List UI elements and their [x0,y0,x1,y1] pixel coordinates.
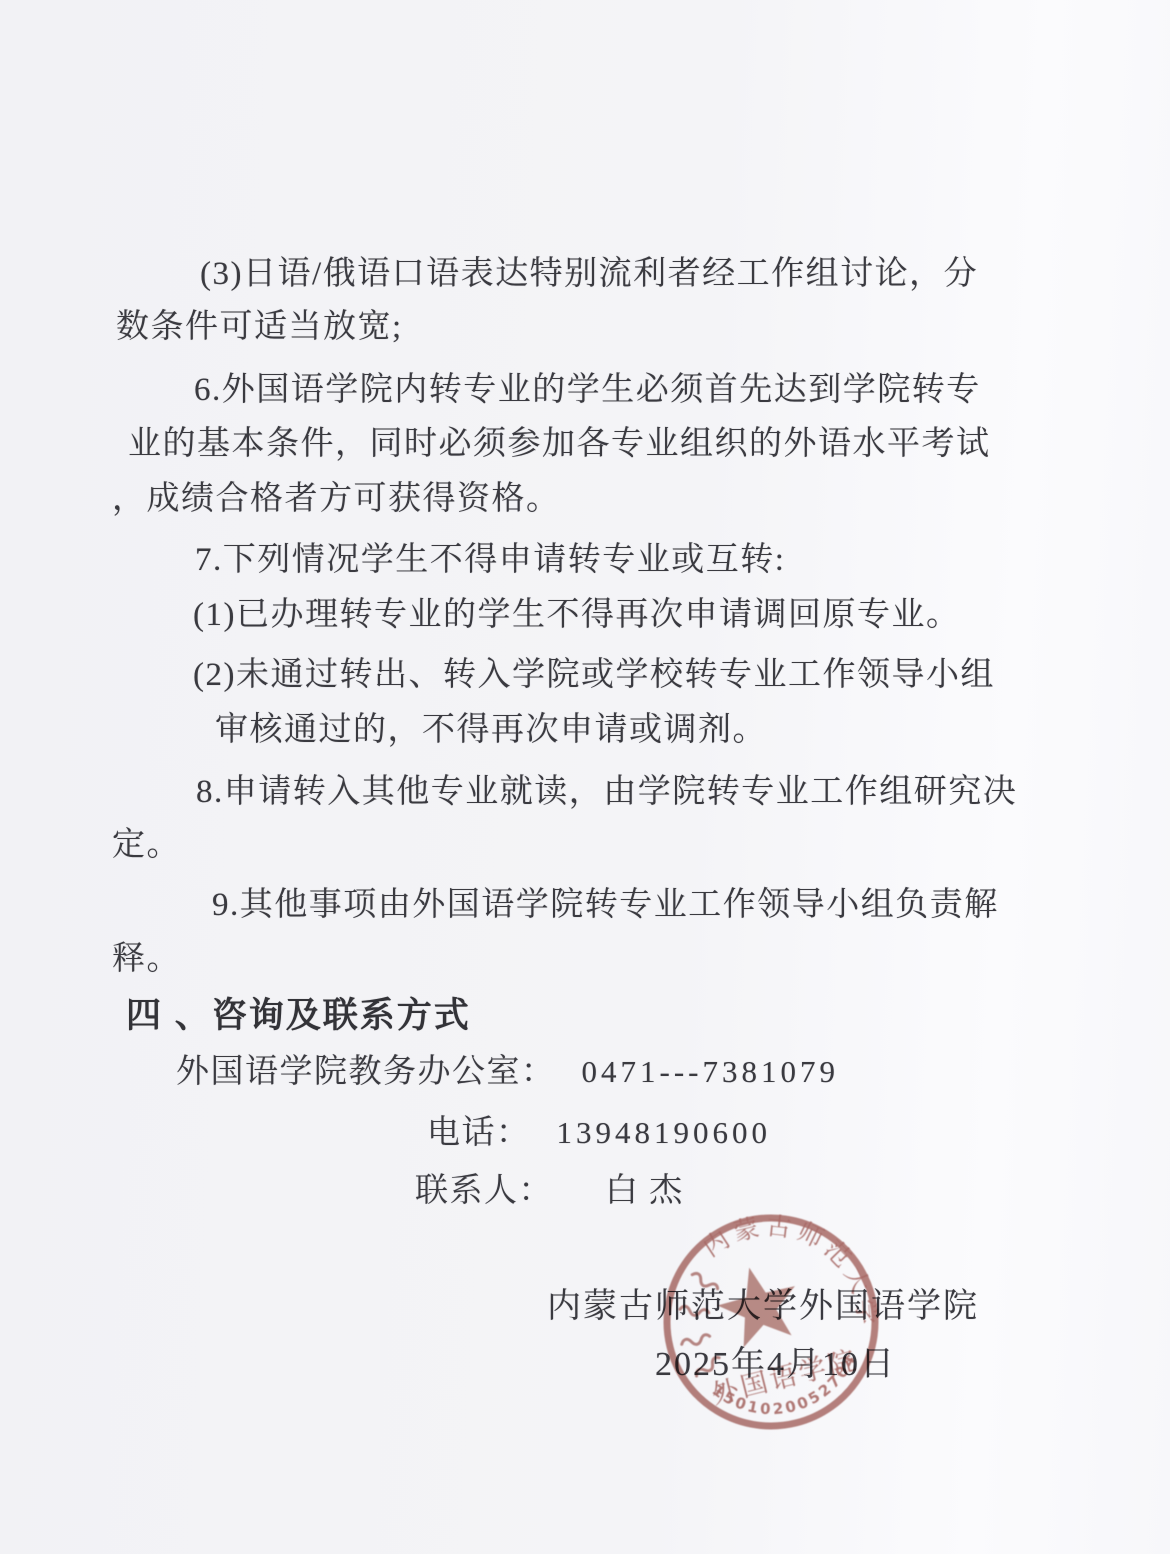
phone-number: 13948190600 [557,1115,772,1150]
official-seal: 内蒙古师范大学 外国语学院 1501020052704 [641,1192,901,1452]
body-line: 释。 [112,932,181,979]
contact-person-label: 联系人： [415,1173,553,1209]
section-heading: 四 、咨询及联系方式 [126,988,471,1038]
contact-office-number: 0471---7381079 [582,1054,839,1089]
body-line: 6.外国语学院内转专业的学生必须首先达到学院转专 [194,363,981,410]
body-line: 数条件可适当放宽; [116,300,403,347]
body-line: 9.其他事项由外国语学院转专业工作领导小组负责解 [212,878,999,925]
official-seal-graphic: 内蒙古师范大学 外国语学院 1501020052704 [641,1192,901,1452]
list-item-line: (1)已办理转专业的学生不得再次申请调回原专业。 [193,588,960,635]
body-line: (3)日语/俄语口语表达特别流利者经工作组讨论，分 [200,247,978,294]
body-line: 7.下列情况学生不得申请转专业或互转: [195,533,785,580]
contact-office-label: 外国语学院教务办公室： [176,1054,556,1090]
seal-top-text: 内蒙古师范大学 [696,1192,886,1366]
list-item-line: 审核通过的，不得再次申请或调剂。 [215,703,767,750]
body-line: ，成绩合格者方可获得资格。 [112,472,561,519]
list-item-line: (2)未通过转出、转入学院或学校转专业工作领导小组 [193,648,995,695]
body-line: 业的基本条件，同时必须参加各专业组织的外语水平考试 [128,417,991,464]
body-line: 8.申请转入其他专业就读，由学院转专业工作组研究决 [196,765,1017,812]
seal-star-icon [710,1258,806,1351]
body-line: 定。 [112,818,181,865]
scanned-document-page: (3)日语/俄语口语表达特别流利者经工作组讨论，分 数条件可适当放宽; 6.外国… [0,0,1170,1554]
phone-label: 电话： [427,1115,531,1151]
contact-office-line: 外国语学院教务办公室：0471---7381079 [176,1045,839,1092]
phone-line: 电话：13948190600 [427,1106,771,1153]
